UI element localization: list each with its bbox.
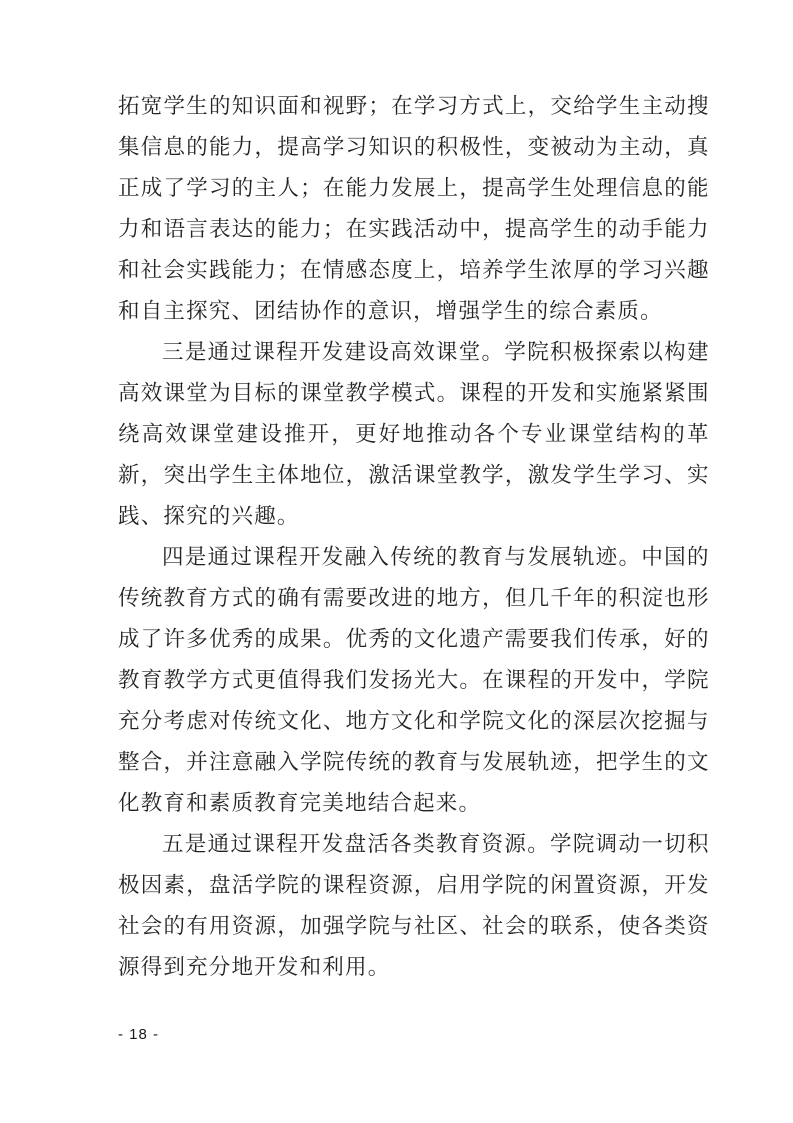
text-line: 正成了学习的主人；在能力发展上，提高学生处理信息的能 <box>118 168 709 209</box>
text-line: 拓宽学生的知识面和视野；在学习方式上，交给学生主动搜 <box>118 86 709 127</box>
document-page: 拓宽学生的知识面和视野；在学习方式上，交给学生主动搜集信息的能力，提高学习知识的… <box>0 0 793 1123</box>
text-line: 极因素，盘活学院的课程资源，启用学院的闲置资源，开发 <box>118 865 709 906</box>
text-line: 四是通过课程开发融入传统的教育与发展轨迹。中国的 <box>118 537 709 578</box>
document-body: 拓宽学生的知识面和视野；在学习方式上，交给学生主动搜集信息的能力，提高学习知识的… <box>118 86 709 988</box>
text-line: 五是通过课程开发盘活各类教育资源。学院调动一切积 <box>118 824 709 865</box>
text-line: 力和语言表达的能力；在实践活动中，提高学生的动手能力 <box>118 209 709 250</box>
text-line: 三是通过课程开发建设高效课堂。学院积极探索以构建 <box>118 332 709 373</box>
text-line: 源得到充分地开发和利用。 <box>118 947 709 988</box>
paragraph: 五是通过课程开发盘活各类教育资源。学院调动一切积极因素，盘活学院的课程资源，启用… <box>118 824 709 988</box>
text-line: 成了许多优秀的成果。优秀的文化遗产需要我们传承，好的 <box>118 619 709 660</box>
text-line: 和自主探究、团结协作的意识，增强学生的综合素质。 <box>118 291 709 332</box>
text-line: 传统教育方式的确有需要改进的地方，但几千年的积淀也形 <box>118 578 709 619</box>
paragraph: 三是通过课程开发建设高效课堂。学院积极探索以构建高效课堂为目标的课堂教学模式。课… <box>118 332 709 537</box>
text-line: 践、探究的兴趣。 <box>118 496 709 537</box>
page-number: - 18 - <box>118 1026 159 1043</box>
text-line: 充分考虑对传统文化、地方文化和学院文化的深层次挖掘与 <box>118 701 709 742</box>
text-line: 绕高效课堂建设推开，更好地推动各个专业课堂结构的革 <box>118 414 709 455</box>
text-line: 高效课堂为目标的课堂教学模式。课程的开发和实施紧紧围 <box>118 373 709 414</box>
text-line: 集信息的能力，提高学习知识的积极性，变被动为主动，真 <box>118 127 709 168</box>
text-line: 化教育和素质教育完美地结合起来。 <box>118 783 709 824</box>
text-line: 和社会实践能力；在情感态度上，培养学生浓厚的学习兴趣 <box>118 250 709 291</box>
text-line: 社会的有用资源，加强学院与社区、社会的联系，使各类资 <box>118 906 709 947</box>
text-line: 教育教学方式更值得我们发扬光大。在课程的开发中，学院 <box>118 660 709 701</box>
text-line: 整合，并注意融入学院传统的教育与发展轨迹，把学生的文 <box>118 742 709 783</box>
paragraph: 四是通过课程开发融入传统的教育与发展轨迹。中国的传统教育方式的确有需要改进的地方… <box>118 537 709 824</box>
text-line: 新，突出学生主体地位，激活课堂教学，激发学生学习、实 <box>118 455 709 496</box>
paragraph: 拓宽学生的知识面和视野；在学习方式上，交给学生主动搜集信息的能力，提高学习知识的… <box>118 86 709 332</box>
